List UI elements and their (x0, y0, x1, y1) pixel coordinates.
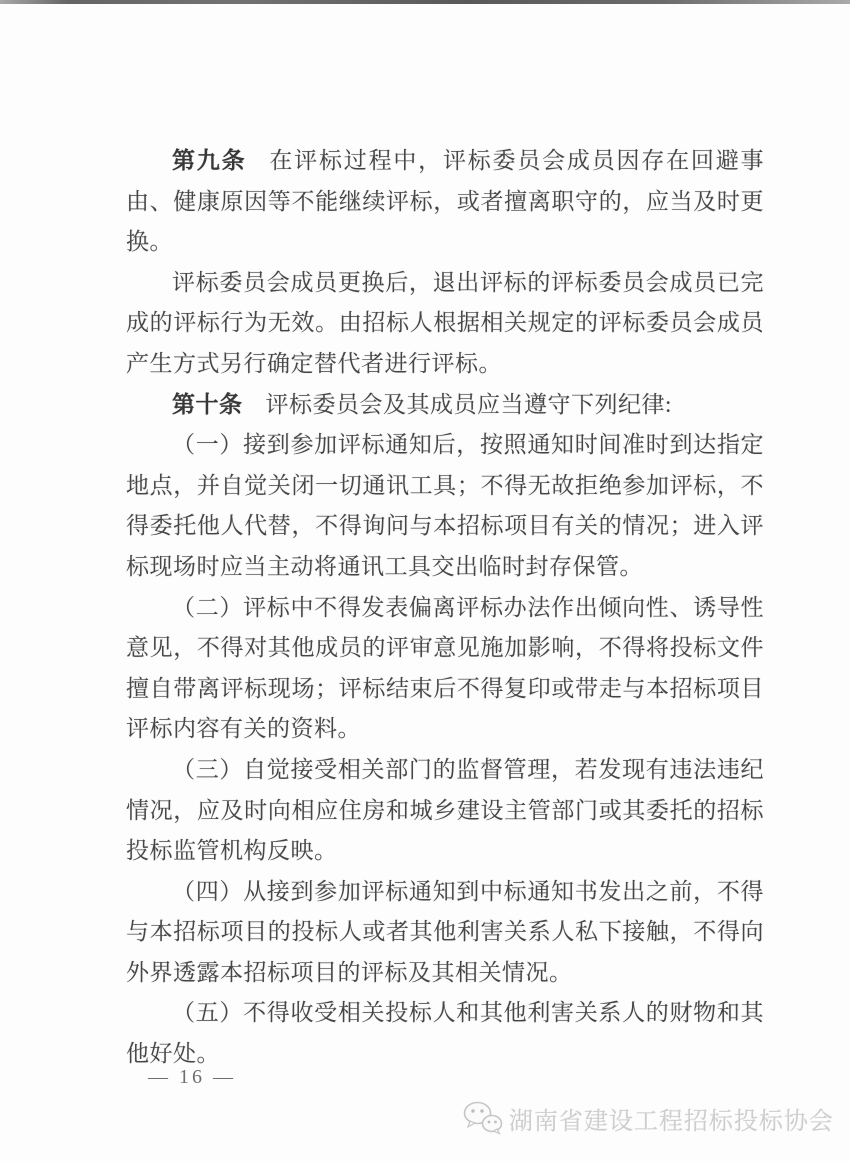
paragraph-item-1: （一）接到参加评标通知后，按照通知时间准时到达指定地点，并自觉关闭一切通讯工具；… (126, 425, 764, 587)
paragraph-item-2: （二）评标中不得发表偏离评标办法作出倾向性、诱导性意见，不得对其他成员的评审意见… (126, 588, 764, 750)
paragraph-text: 评标委员会及其成员应当遵守下列纪律: (266, 392, 672, 417)
article-number-label: 第十条 (172, 392, 243, 417)
paragraph-item-5: （五）不得收受相关投标人和其他利害关系人的财物和其他好处。 (126, 993, 764, 1074)
paragraph-article-10: 第十条评标委员会及其成员应当遵守下列纪律: (126, 385, 764, 426)
paragraph: 评标委员会成员更换后，退出评标的评标委员会成员已完成的评标行为无效。由招标人根据… (126, 263, 764, 385)
scanned-document-page: 第九条在评标过程中，评标委员会成员因存在回避事由、健康原因等不能继续评标，或者擅… (0, 0, 850, 1161)
article-number-label: 第九条 (172, 148, 246, 173)
wechat-icon (462, 1100, 504, 1136)
paragraph-item-3: （三）自觉接受相关部门的监督管理，若发现有违法违纪情况，应及时向相应住房和城乡建… (126, 750, 764, 872)
paragraph-text: （四）从接到参加评标通知到中标通知书发出之前，不得与本招标项目的投标人或者其他利… (126, 879, 764, 985)
paragraph-text: 评标委员会成员更换后，退出评标的评标委员会成员已完成的评标行为无效。由招标人根据… (126, 270, 764, 376)
page-number: — 16 — (148, 1066, 236, 1089)
paragraph-article-9: 第九条在评标过程中，评标委员会成员因存在回避事由、健康原因等不能继续评标，或者擅… (126, 141, 764, 263)
paragraph-item-4: （四）从接到参加评标通知到中标通知书发出之前，不得与本招标项目的投标人或者其他利… (126, 872, 764, 994)
paragraph-text: （二）评标中不得发表偏离评标办法作出倾向性、诱导性意见，不得对其他成员的评审意见… (126, 595, 764, 742)
document-body: 第九条在评标过程中，评标委员会成员因存在回避事由、健康原因等不能继续评标，或者擅… (126, 141, 764, 1075)
paragraph-text: （五）不得收受相关投标人和其他利害关系人的财物和其他好处。 (126, 1000, 764, 1066)
scan-edge-artifact (0, 0, 850, 4)
paragraph-text: （三）自觉接受相关部门的监督管理，若发现有违法违纪情况，应及时向相应住房和城乡建… (126, 757, 764, 863)
paragraph-text: （一）接到参加评标通知后，按照通知时间准时到达指定地点，并自觉关闭一切通讯工具；… (126, 432, 764, 579)
watermark-text: 湖南省建设工程招标投标协会 (509, 1101, 834, 1136)
association-watermark: 湖南省建设工程招标投标协会 (462, 1100, 834, 1136)
